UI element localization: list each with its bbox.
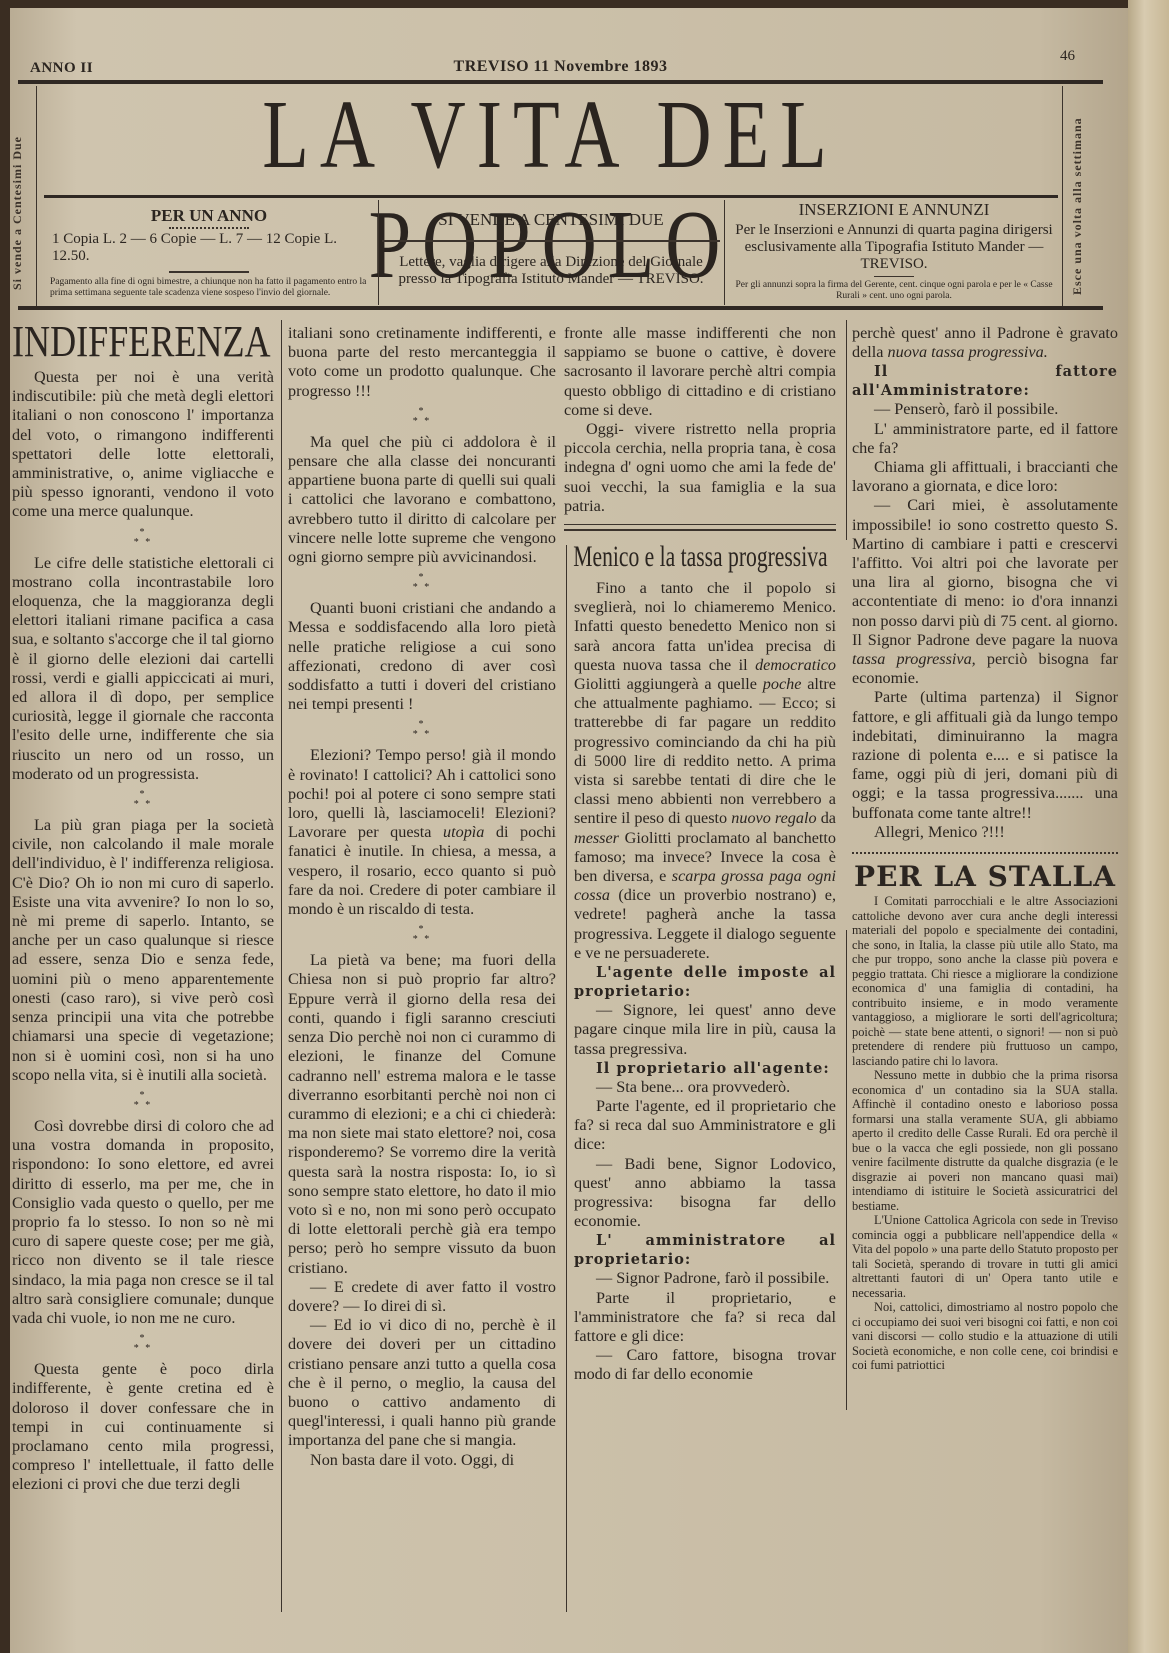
- column-2: italiani sono cretinamente indifferenti,…: [288, 324, 556, 1470]
- paragraph: Quanti buoni cristiani che andando a Mes…: [288, 599, 556, 714]
- paragraph: — E credete di aver fatto il vostro dove…: [288, 1278, 556, 1316]
- paragraph: Ma quel che più ci addolora è il pensare…: [288, 433, 556, 567]
- paragraph: Elezioni? Tempo perso! già il mondo è ro…: [288, 746, 556, 919]
- ads-title: INSERZIONI E ANNUNZI: [728, 200, 1060, 220]
- paragraph: La più gran piaga per la società civile,…: [12, 816, 274, 1085]
- italic-text: messer: [574, 829, 619, 847]
- paragraph: La pietà va bene; ma fuori della Chiesa …: [288, 951, 556, 1277]
- paragraph: Non basta dare il voto. Oggi, di: [288, 1451, 556, 1470]
- dateline: TREVISO 11 Novembre 1893: [18, 58, 1103, 76]
- dialogue-line: Parte il proprietario, e l'amministrator…: [574, 1289, 836, 1347]
- signoff: Allegri, Menico ?!!!: [852, 823, 1118, 842]
- ornament: [169, 271, 249, 273]
- dialogue-line: — Caro fattore, bisogna trovar modo di f…: [574, 1346, 836, 1384]
- section-separator: ** *: [12, 1334, 274, 1354]
- dialogue-line: — Cari miei, è assolutamente impossibile…: [852, 496, 1118, 688]
- text-run: Giolitti aggiungerà a quelle: [574, 675, 763, 693]
- section-separator: ** *: [12, 790, 274, 810]
- column-1: INDIFFERENZA Questa per noi è una verità…: [12, 318, 274, 1495]
- paragraph: perchè quest' anno il Padrone è gravato …: [852, 324, 1118, 362]
- ornament: [382, 240, 720, 242]
- column-divider: [846, 930, 847, 1410]
- text-run: altre che attualmente paghiamo. — Ecco; …: [574, 675, 836, 827]
- ornament: [874, 276, 914, 277]
- paragraph: Le cifre delle statistiche elettorali ci…: [12, 554, 274, 784]
- bleed-through-text: [40, 1545, 1100, 1585]
- page-edge: [1128, 0, 1169, 1653]
- paragraph: Questa gente è poco dirla indifferente, …: [12, 1360, 274, 1494]
- subscription-note: Pagamento alla fine di ogni bimestre, a …: [44, 277, 374, 299]
- text-run: — Cari miei, è assolutamente impossibile…: [852, 496, 1118, 648]
- dialogue-heading: Il proprietario all'agente:: [574, 1059, 836, 1078]
- ads-text: Per le Inserzioni e Annunzi di quarta pa…: [728, 220, 1060, 273]
- headline-stalla: PER LA STALLA: [852, 860, 1118, 894]
- box-divider: [724, 200, 725, 305]
- dialogue-line: — Penserò, farò il possibile.: [852, 400, 1118, 419]
- article-separator: [852, 848, 1118, 854]
- ads-box: INSERZIONI E ANNUNZI Per le Inserzioni e…: [728, 200, 1060, 302]
- italic-text: nuovo regalo: [731, 809, 816, 827]
- dialogue-heading: L' amministratore al proprietario:: [574, 1231, 836, 1269]
- paragraph: Nessuno mette in dubbio che la prima ris…: [852, 1068, 1118, 1213]
- paragraph: Oggi- vivere ristretto nella propria pic…: [564, 420, 836, 516]
- italic-text: democratico: [755, 656, 836, 674]
- paragraph: italiani sono cretinamente indifferenti,…: [288, 324, 556, 401]
- price-text: Lettere, vaglia dirigere alla Direzione …: [382, 254, 720, 288]
- column-divider: [846, 320, 847, 540]
- stalla-body: I Comitati parrocchiali e le altre Assoc…: [852, 894, 1118, 1373]
- paragraph: — Ed io vi dico di no, perchè è il dover…: [288, 1316, 556, 1450]
- text-run: (dice un proverbio nostrano) e, vedrete!…: [574, 886, 836, 962]
- paragraph: fronte alle masse indifferenti che non s…: [564, 324, 836, 420]
- dialogue-line: Parte l'agente, ed il proprietario che f…: [574, 1097, 836, 1155]
- column-3: fronte alle masse indifferenti che non s…: [564, 324, 836, 1385]
- masthead-rule: [44, 195, 1058, 198]
- dialogue-line: Chiama gli affittuali, i braccianti che …: [852, 458, 1118, 496]
- paragraph: Fino a tanto che il popolo si sveglierà,…: [574, 579, 836, 963]
- dialogue-line: L' amministratore parte, ed il fattore c…: [852, 420, 1118, 458]
- page-number: 46: [1060, 48, 1075, 65]
- frame-left: [36, 86, 37, 308]
- section-separator: ** *: [12, 1091, 274, 1111]
- subscription-rates: 1 Copia L. 2 — 6 Copie — L. 7 — 12 Copie…: [44, 231, 374, 265]
- ads-note: Per gli annunzi sopra la firma del Geren…: [728, 280, 1060, 302]
- paragraph: Così dovrebbe dirsi di coloro che ad una…: [12, 1117, 274, 1328]
- paragraph: Questa per noi è una verità indiscutibil…: [12, 368, 274, 522]
- italic-text: poche: [763, 675, 802, 693]
- dialogue-line: — Badi bene, Signor Lodovico, quest' ann…: [574, 1155, 836, 1232]
- price-box: SI VENDE A CENTESIMI DUE Lettere, vaglia…: [382, 210, 720, 288]
- column-4: perchè quest' anno il Padrone è gravato …: [852, 324, 1118, 1373]
- ornament: [169, 227, 249, 229]
- section-separator: ** *: [12, 528, 274, 548]
- headline-menico: Menico e la tassa progressiva: [573, 539, 826, 575]
- headline-indifferenza: INDIFFERENZA: [12, 318, 227, 366]
- italic-text: tassa progressiva,: [852, 650, 976, 668]
- side-banner-right: Esce una volta alla settimana: [1070, 95, 1084, 295]
- masthead-title: LA VITA DEL POPOLO: [152, 80, 948, 190]
- dialogue-heading: L'agente delle imposte al proprietario:: [574, 963, 836, 1001]
- side-banner-left: Si vende a Centesimi Due: [10, 110, 25, 290]
- paragraph: Parte (ultima partenza) il Signor fattor…: [852, 688, 1118, 822]
- section-separator: ** *: [288, 925, 556, 945]
- paragraph: I Comitati parrocchiali e le altre Assoc…: [852, 894, 1118, 1068]
- dialogue-line: — Signor Padrone, farò il possibile.: [574, 1269, 836, 1288]
- italic-text: utopìa: [443, 823, 484, 841]
- paragraph: L'Unione Cattolica Agricola con sede in …: [852, 1213, 1118, 1300]
- dialogue-line: — Signore, lei quest' anno deve pagare c…: [574, 1001, 836, 1059]
- header-bottom-rule: [18, 306, 1103, 310]
- menico-body: Fino a tanto che il popolo si sveglierà,…: [564, 579, 836, 1385]
- dialogue-line: — Sta bene... ora provvederò.: [574, 1078, 836, 1097]
- dialogue-heading: Il fattore all'Amministratore:: [852, 362, 1118, 400]
- box-divider: [378, 200, 379, 305]
- column-divider: [281, 320, 282, 1612]
- subscription-title: PER UN ANNO: [44, 206, 374, 226]
- frame-right: [1062, 86, 1063, 308]
- section-separator: ** *: [288, 720, 556, 740]
- text-run: da: [817, 809, 836, 827]
- italic-text: nuova tassa progressiva.: [888, 343, 1048, 361]
- section-separator: ** *: [288, 573, 556, 593]
- subscription-box: PER UN ANNO 1 Copia L. 2 — 6 Copie — L. …: [44, 206, 374, 299]
- section-separator: ** *: [288, 407, 556, 427]
- paragraph: Noi, cattolici, dimostriamo al nostro po…: [852, 1300, 1118, 1373]
- article-separator: [564, 524, 836, 531]
- price-title: SI VENDE A CENTESIMI DUE: [382, 210, 720, 230]
